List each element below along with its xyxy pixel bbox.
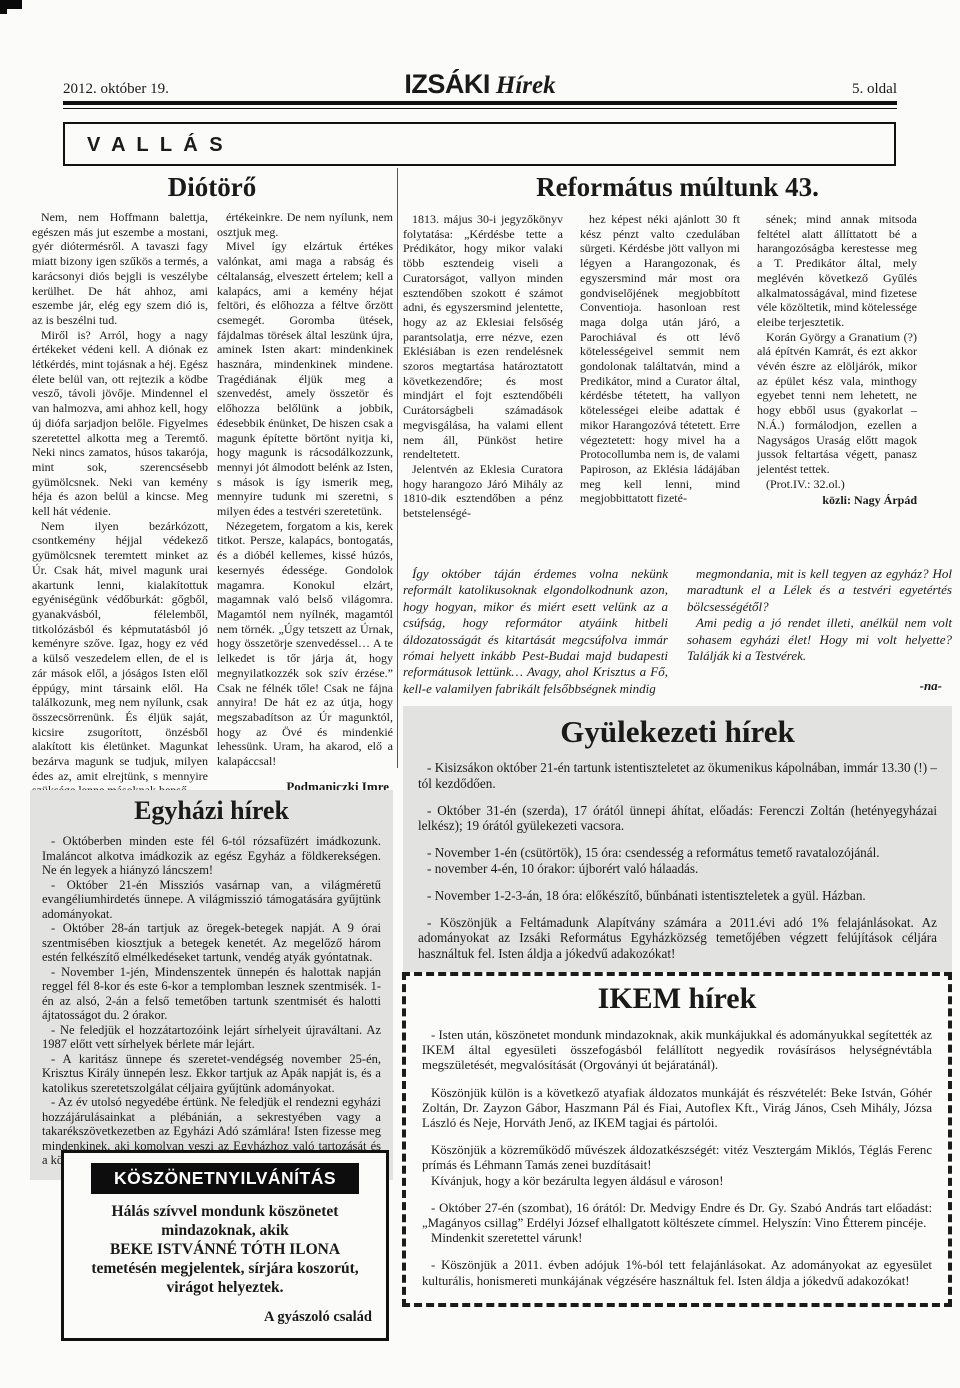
commentary-paragraph: Ami pedig a jó rendet illeti, anélkül ne…	[687, 615, 952, 664]
panel-gyulekezeti-hirek: Gyülekezeti hírek - Kisizsákon október 2…	[403, 706, 952, 976]
koszonet-line: Hálás szívvel mondunk köszönetet mindazo…	[64, 1202, 386, 1240]
newspaper-page: 2012. október 19. IZSÁKIHírek 5. oldal V…	[0, 0, 960, 1388]
scan-corner-artifact	[0, 0, 22, 9]
panel-title: Gyülekezeti hírek	[403, 706, 952, 750]
koszonet-line: temetésén megjelentek, sírjára koszorút,…	[64, 1259, 386, 1297]
news-item: - Október 21-én Missziós vasárnap van, a…	[42, 878, 381, 922]
article-paragraph: Miről is? Arról, hogy a nagy értékeket v…	[32, 328, 208, 519]
koszonet-signature: A gyászoló család	[64, 1297, 386, 1328]
news-items: - Októberben minden este fél 6-tól rózsa…	[30, 826, 393, 1168]
page-number: 5. oldal	[852, 81, 897, 98]
diotoro-column-1: Nem, nem Hoffmann balettja, egészen más …	[32, 210, 208, 811]
news-item: Kívánjuk, hogy a kör bezárulta legyen ál…	[422, 1174, 932, 1189]
koszonet-banner: KÖSZÖNETNYILVÁNÍTÁS	[91, 1163, 359, 1194]
news-item: - November 1-2-3-án, 18 óra: előkészítő,…	[418, 888, 937, 904]
article-paragraph: Korán György a Granatium (?) alá építvén…	[757, 330, 917, 477]
article-paragraph: hez képest néki ajánlott 30 ft kész pénz…	[580, 212, 740, 506]
news-item: - November 1-jén, Mindenszentek ünnepén …	[42, 965, 381, 1023]
article-paragraph: 1813. május 30-i jegyzőkönyv folytatása:…	[403, 212, 563, 462]
panel-egyhazi-hirek: Egyházi hírek - Októberben minden este f…	[30, 790, 393, 1180]
commentary-block: Így október táján érdemes volna nekünk r…	[403, 566, 952, 697]
panel-title: Egyházi hírek	[30, 790, 393, 826]
news-item: Köszönjük a közreműködő művészek áldozat…	[422, 1143, 932, 1173]
commentary-paragraph: megmondania, mit is kell tegyen az egyhá…	[687, 566, 952, 615]
reformatus-column-3: sének; mind annak mitsoda feltétel alatt…	[757, 212, 917, 521]
column-divider	[397, 168, 398, 768]
commentary-column-2: megmondania, mit is kell tegyen az egyhá…	[687, 566, 952, 697]
news-item: - Október 28-án tartjuk az öregek-betege…	[42, 921, 381, 965]
masthead-sub: Hírek	[496, 72, 556, 99]
news-item: - Isten után, köszönetet mondunk mindazo…	[422, 1028, 932, 1074]
article-diotoro-body: Nem, nem Hoffmann balettja, egészen más …	[32, 210, 393, 811]
page-header: 2012. október 19. IZSÁKIHírek 5. oldal	[63, 74, 897, 98]
reformatus-column-1: 1813. május 30-i jegyzőkönyv folytatása:…	[403, 212, 563, 521]
article-title-diotoro: Diótörő	[32, 172, 392, 203]
news-item: Köszönjük külön is a következő atyafiak …	[422, 1086, 932, 1132]
reformatus-column-2: hez képest néki ajánlott 30 ft kész pénz…	[580, 212, 740, 521]
section-banner-label: V A L L Á S	[87, 134, 226, 157]
header-rule	[63, 101, 897, 109]
news-items: - Isten után, köszönetet mondunk mindazo…	[406, 1016, 948, 1289]
news-item: - Köszönjük a 2011. évben adójuk 1%-ból …	[422, 1258, 932, 1288]
article-paragraph: sének; mind annak mitsoda feltétel alatt…	[757, 212, 917, 330]
box-koszonetnyilvanitas: KÖSZÖNETNYILVÁNÍTÁS Hálás szívvel mondun…	[61, 1150, 389, 1341]
commentary-column-1: Így október táján érdemes volna nekünk r…	[403, 566, 668, 697]
source-reference: (Prot.IV.: 32.ol.)	[757, 477, 917, 492]
news-item: - Ne feledjük el hozzátartozóink lejárt …	[42, 1023, 381, 1052]
masthead: IZSÁKIHírek	[63, 69, 897, 100]
news-item: Mindenkit szeretettel várunk!	[422, 1231, 932, 1246]
article-title-reformatus: Református múltunk 43.	[403, 172, 952, 203]
diotoro-column-2: értékeinkre. De nem nyílunk, nem osztjuk…	[217, 210, 393, 811]
article-paragraph: értékeinkre. De nem nyílunk, nem osztjuk…	[217, 210, 393, 239]
news-item: - November 1-én (csütörtök), 15 óra: cse…	[418, 845, 937, 861]
article-paragraph: Jelentvén az Eklesia Curatora hogy haran…	[403, 462, 563, 521]
contributor-credit: közli: Nagy Árpád	[757, 493, 917, 508]
masthead-main: IZSÁKI	[404, 69, 490, 99]
news-item: - Kisizsákon október 21-én tartunk isten…	[418, 760, 937, 792]
news-item: - Október 31-én (szerda), 17 órától ünne…	[418, 803, 937, 835]
article-paragraph: Nem ilyen bezárkózott, csontkemény héjja…	[32, 519, 208, 798]
news-item: - A karitász ünnepe és szeretet-vendégsé…	[42, 1052, 381, 1096]
commentary-paragraph: Így október táján érdemes volna nekünk r…	[403, 566, 668, 697]
news-item: - Köszönjük a Feltámadunk Alapítvány szá…	[418, 915, 937, 962]
koszonet-line: BEKE ISTVÁNNÉ TÓTH ILONA	[64, 1240, 386, 1259]
news-item: - Október 27-én (szombat), 16 órától: Dr…	[422, 1201, 932, 1231]
news-item: - Októberben minden este fél 6-tól rózsa…	[42, 834, 381, 878]
commentary-signature: -na-	[687, 678, 952, 694]
box-ikem-hirek: IKEM hírek - Isten után, köszönetet mond…	[402, 972, 952, 1307]
article-paragraph: Mivel így elzártuk értékes valónkat, ami…	[217, 239, 393, 518]
news-items: - Kisizsákon október 21-én tartunk isten…	[403, 750, 952, 962]
panel-title: IKEM hírek	[406, 976, 948, 1016]
article-reformatus-body: 1813. május 30-i jegyzőkönyv folytatása:…	[403, 212, 917, 521]
section-banner: V A L L Á S	[63, 122, 896, 166]
news-item: - november 4-én, 10 órakor: újborért val…	[418, 861, 937, 877]
article-paragraph: Nézegetem, forgatom a kis, kerek titkot.…	[217, 519, 393, 769]
article-paragraph: Nem, nem Hoffmann balettja, egészen más …	[32, 210, 208, 328]
